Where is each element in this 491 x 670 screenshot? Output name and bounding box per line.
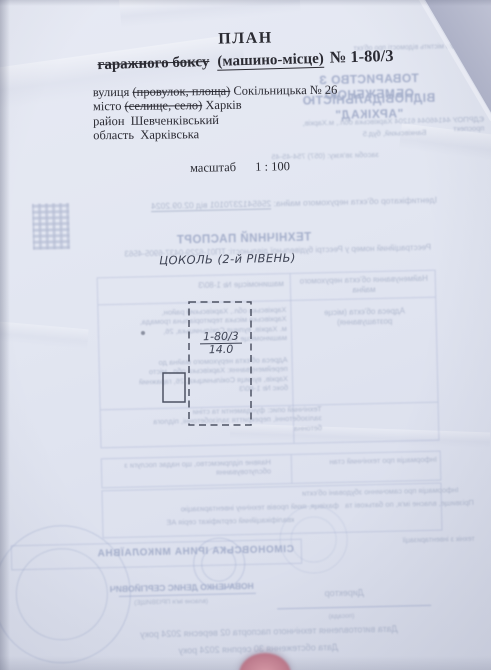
column-solid-outline	[163, 373, 185, 402]
scale-line: масштаб 1 : 100	[190, 159, 290, 176]
address-street-struck: (провулок, площа)	[132, 84, 230, 99]
address-region-label: область	[93, 128, 134, 142]
address-city-value: Харків	[205, 98, 241, 112]
address-street-label: вулиця	[93, 85, 130, 99]
address-district-label: район	[93, 114, 125, 128]
scale-label: масштаб	[190, 160, 236, 175]
parking-space-dashed-outline	[189, 302, 251, 425]
address-street-value: Сокільницька № 26	[233, 83, 337, 98]
subtitle-struck-text: гаражного боксу	[97, 54, 209, 73]
scanned-plan-page: що містить відомості про об'єкт ТОВАРИСТ…	[0, 0, 491, 670]
plan-drawing	[130, 296, 280, 436]
front-content: ПЛАН гаражного боксу(машино-місце)№ 1-80…	[0, 0, 491, 670]
subtitle-number: № 1-80/3	[329, 46, 393, 67]
address-city-label: місто	[93, 99, 122, 113]
address-region-value: Харківська	[140, 127, 199, 142]
address-region-line: область Харківська	[93, 126, 338, 143]
ink-speck	[141, 331, 145, 335]
address-district-value: Шевченківський	[131, 113, 219, 128]
unit-label: 1-80/3 14.0	[185, 329, 257, 356]
address-street-line: вулиця (провулок, площа) Сокільницька № …	[93, 83, 338, 100]
address-city-struck: (селище, село)	[124, 98, 202, 113]
subtitle-underlined-text: (машино-місце)	[217, 51, 324, 71]
level-title: ЦОКОЛЬ (2-й РІВЕНЬ)	[140, 250, 315, 268]
scale-value: 1 : 100	[255, 159, 290, 174]
unit-area: 14.0	[209, 343, 234, 356]
address-block: вулиця (провулок, площа) Сокільницька № …	[93, 83, 338, 143]
